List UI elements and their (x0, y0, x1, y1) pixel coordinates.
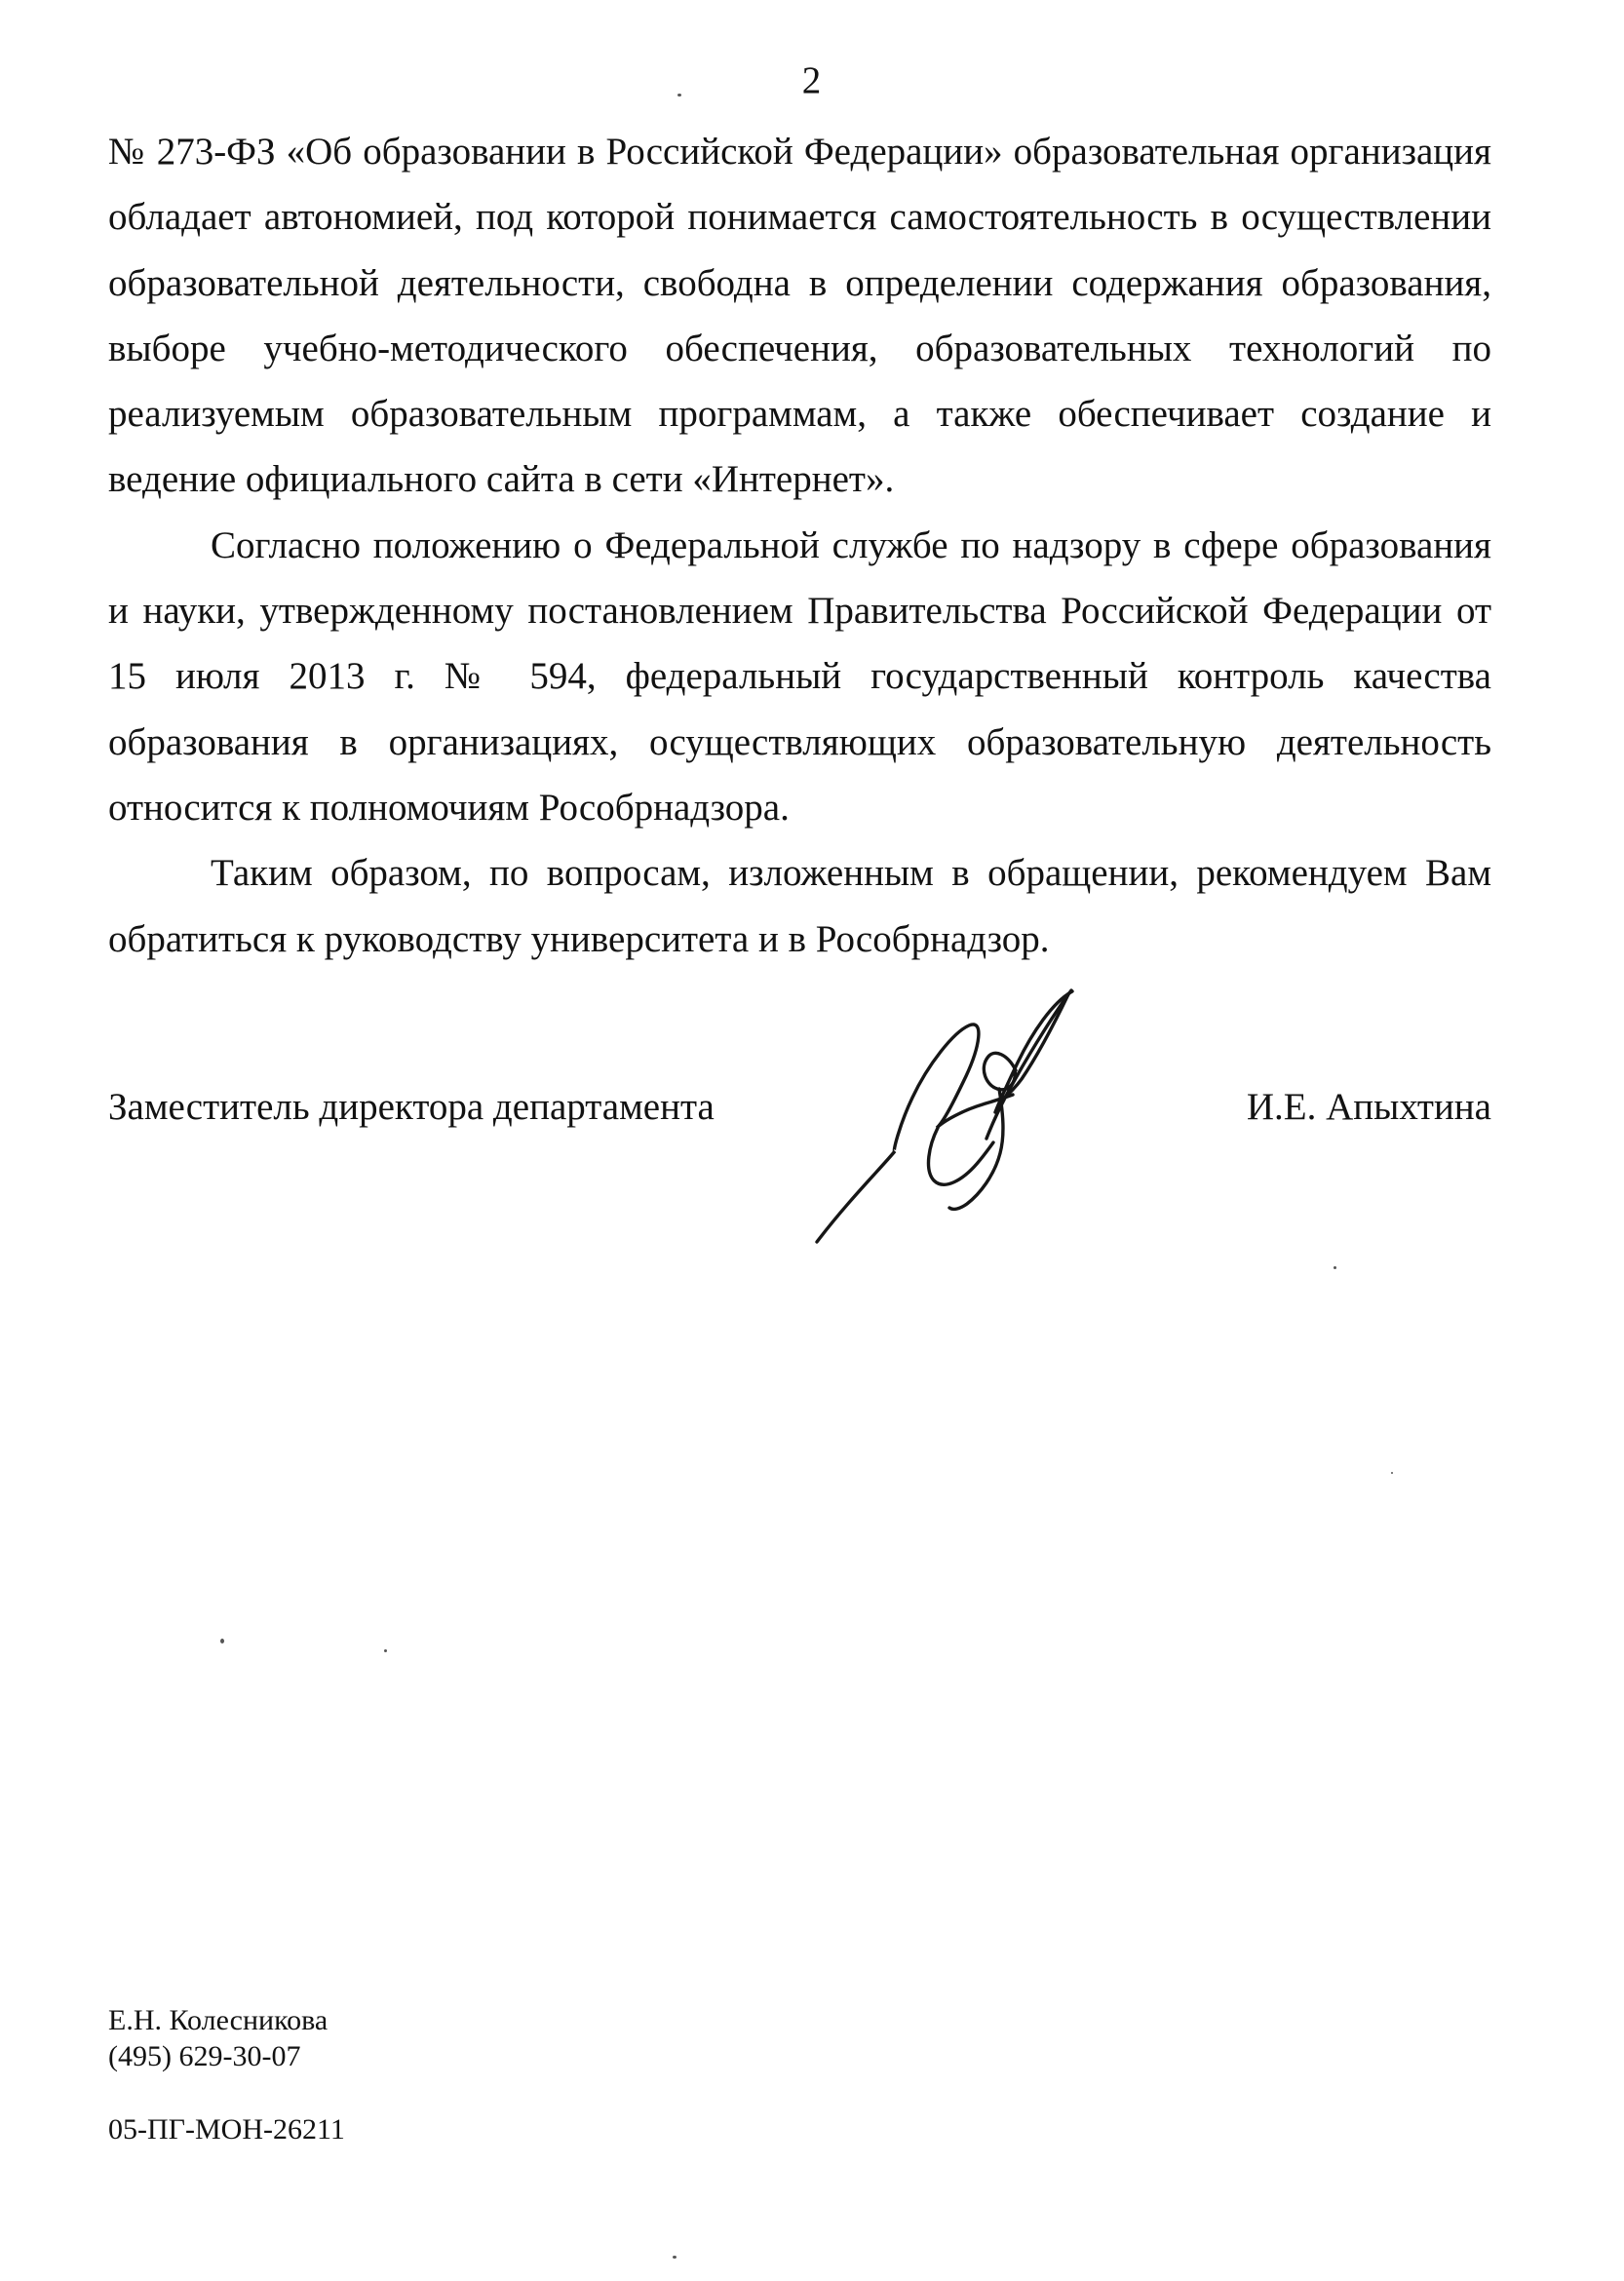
letter-body: № 273-ФЗ «Об образовании в Российской Фе… (108, 119, 1491, 972)
body-text-line: образовательной деятельности, свободна в… (108, 251, 1491, 316)
body-text-line: реализуемым образовательным программам, … (108, 381, 1491, 446)
scan-artifact-dot (673, 2256, 677, 2259)
body-text-line: ведение официального сайта в сети «Интер… (108, 446, 1491, 512)
scan-artifact-dot (384, 1649, 387, 1652)
body-text-line: обратиться к руководству университета и … (108, 907, 1491, 972)
scan-artifact-dot (1391, 1472, 1393, 1474)
body-text-line: и науки, утвержденному постановлением Пр… (108, 578, 1491, 643)
signature-block: Заместитель директора департамента И.Е. … (108, 1084, 1491, 1131)
body-text-line: выборе учебно-методического обеспечения,… (108, 316, 1491, 381)
document-number: 05-ПГ-МОН-26211 (108, 2113, 345, 2146)
body-text-line: Таким образом, по вопросам, изложенным в… (108, 840, 1491, 906)
handwritten-signature-icon (807, 977, 1092, 1257)
scan-artifact-dot (1334, 1266, 1336, 1269)
executor-name: Е.Н. Колесникова (108, 2002, 328, 2038)
body-text-line: относится к полномочиям Рособрнадзора. (108, 775, 1491, 840)
body-text-line: Согласно положению о Федеральной службе … (108, 513, 1491, 578)
scan-artifact-dot (677, 94, 681, 97)
signer-position-title: Заместитель директора департамента (108, 1084, 715, 1131)
body-text-line: обладает автономией, под которой понимае… (108, 184, 1491, 250)
signer-name: И.Е. Апыхтина (1247, 1084, 1491, 1131)
page-number: 2 (0, 58, 1624, 102)
executor-contact: Е.Н. Колесникова (495) 629-30-07 (108, 2002, 328, 2074)
document-page: 2 № 273-ФЗ «Об образовании в Российской … (0, 0, 1624, 2281)
body-text-line: 15 июля 2013 г. № 594, федеральный госуд… (108, 643, 1491, 709)
body-text-line: № 273-ФЗ «Об образовании в Российской Фе… (108, 119, 1491, 184)
body-text-line: образования в организациях, осуществляющ… (108, 710, 1491, 775)
executor-phone: (495) 629-30-07 (108, 2038, 328, 2074)
scan-artifact-dot (220, 1639, 224, 1643)
